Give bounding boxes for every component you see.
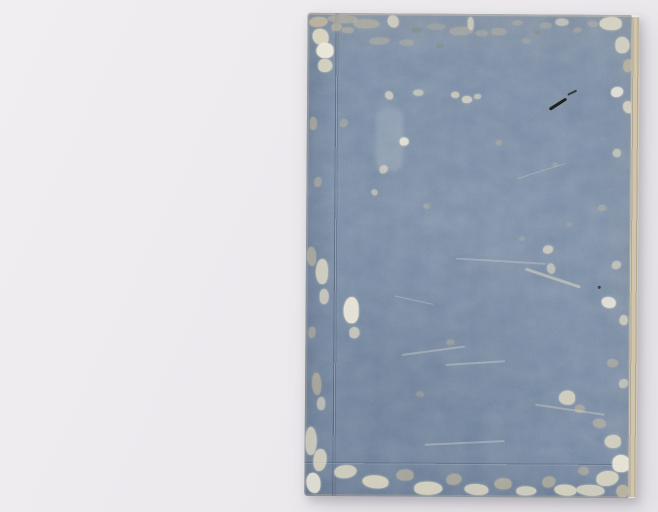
wear-patch: [310, 17, 328, 27]
cover-shading: [304, 13, 631, 498]
wear-patch: [474, 94, 481, 99]
ink-mark: [567, 90, 577, 96]
wear-patch: [593, 419, 606, 428]
wear-patch: [412, 28, 422, 33]
wear-patch: [380, 165, 388, 173]
wear-patch: [306, 473, 320, 493]
wear-patch: [313, 449, 326, 471]
wear-patch: [521, 38, 530, 43]
wear-patch: [423, 204, 429, 209]
wear-patch: [362, 475, 388, 488]
wear-patch: [575, 405, 585, 413]
wear-patch: [613, 149, 621, 157]
wear-patch: [576, 485, 604, 496]
ink-mark: [549, 97, 568, 110]
wear-patch: [556, 19, 569, 26]
wear-patch: [534, 30, 541, 34]
scuff-streak: [425, 440, 505, 445]
wear-patch: [446, 474, 461, 485]
wear-patch: [468, 17, 474, 30]
wear-patch: [607, 359, 618, 367]
horizontal-crease: [305, 462, 629, 466]
wear-patch: [450, 27, 474, 35]
wear-patch: [602, 297, 616, 308]
wear-patch: [312, 373, 321, 395]
scuff-streak: [456, 258, 546, 265]
scuff-streak: [535, 404, 604, 416]
wear-patch: [334, 465, 356, 478]
wear-patch: [435, 44, 443, 48]
scuff-streak: [518, 163, 566, 179]
photo: [0, 0, 658, 512]
wear-patch: [349, 327, 359, 338]
wear-patch: [598, 205, 606, 211]
wear-patch: [317, 397, 325, 410]
book: [304, 13, 639, 498]
wear-patch: [553, 163, 558, 167]
wear-patch: [623, 101, 632, 113]
wear-patch: [494, 478, 511, 489]
wear-patch: [318, 59, 332, 72]
wear-patch: [620, 315, 628, 325]
wear-patch: [396, 469, 413, 480]
wear-patch: [600, 17, 622, 30]
wear-patch: [578, 467, 588, 475]
wear-patch: [342, 27, 354, 33]
wear-patch: [623, 59, 631, 72]
wear-patch: [462, 96, 472, 103]
wear-patch: [496, 140, 502, 145]
wear-patch: [385, 91, 393, 99]
wear-patch: [540, 22, 552, 28]
book-front-cover: [304, 13, 631, 498]
wear-patch: [428, 24, 446, 30]
wear-patch: [399, 39, 413, 45]
wear-patch: [619, 379, 628, 388]
wear-patch: [612, 455, 630, 472]
wear-patch: [307, 247, 316, 266]
wear-patch: [519, 236, 525, 240]
wear-patch: [554, 485, 576, 496]
scuff-streak: [402, 346, 466, 356]
wear-patch: [464, 484, 488, 495]
wear-patch: [312, 29, 328, 45]
scuff-streak: [445, 360, 505, 365]
wear-patch: [516, 486, 536, 495]
wear-patch: [332, 23, 342, 31]
wear-patch: [416, 392, 424, 397]
wear-patch: [310, 117, 317, 130]
wear-patch: [542, 476, 555, 487]
scuff-streak: [394, 295, 433, 305]
wear-patch: [306, 427, 317, 455]
wear-patch: [400, 137, 409, 145]
wear-patch: [451, 92, 459, 98]
wear-patch: [588, 21, 598, 27]
wear-patch: [369, 37, 389, 44]
paper-texture: [304, 13, 631, 498]
wear-patch: [492, 28, 507, 35]
wear-patch: [513, 20, 523, 25]
wear-patch: [340, 119, 348, 127]
wear-patch: [316, 259, 328, 284]
wear-patch: [314, 177, 321, 187]
wear-patch: [476, 30, 488, 36]
wear-patch: [615, 37, 629, 53]
wear-patch: [371, 189, 377, 195]
removed-label-ghost: [376, 107, 403, 171]
scuff-streak: [525, 267, 581, 288]
wear-patch: [446, 340, 454, 345]
wear-patch: [566, 223, 572, 227]
ink-mark: [598, 286, 601, 289]
wear-patch: [605, 435, 621, 448]
wear-patch: [344, 297, 359, 323]
wear-patch: [328, 15, 358, 23]
wear-patch: [559, 391, 575, 405]
wear-patch: [616, 485, 628, 497]
wear-patch: [320, 289, 329, 304]
wear-patch: [316, 43, 333, 58]
wear-patch: [414, 482, 442, 495]
wear-patch: [354, 19, 380, 28]
wear-patch: [308, 327, 315, 338]
wear-patch: [388, 15, 399, 27]
spine-fold-crease: [332, 13, 339, 496]
wear-patch: [596, 471, 618, 486]
wear-patch: [574, 28, 582, 33]
wear-patch: [413, 90, 423, 96]
wear-patch: [547, 264, 555, 274]
wear-patch: [612, 261, 621, 269]
wear-patch: [543, 245, 553, 253]
wear-patch: [611, 87, 623, 97]
